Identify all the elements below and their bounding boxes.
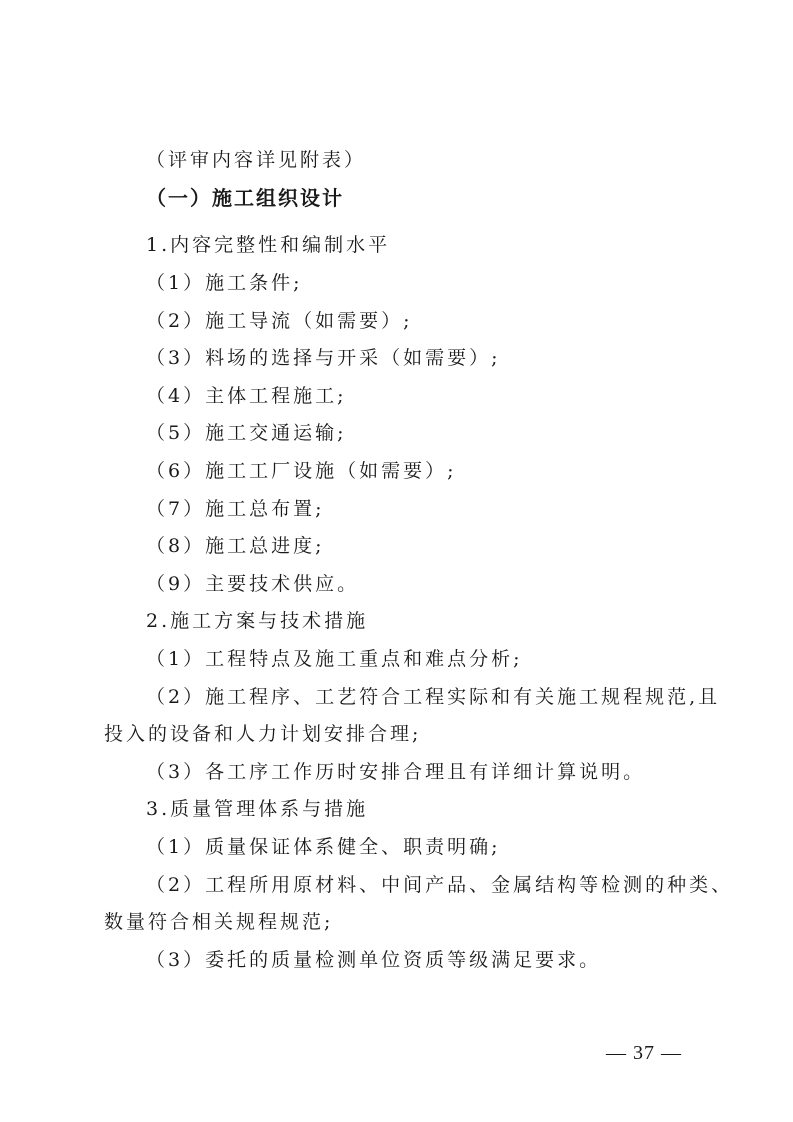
section-heading: （一）施工组织设计 bbox=[146, 186, 344, 210]
list-item: （6）施工工厂设施（如需要）; bbox=[146, 459, 457, 483]
list-item: （4）主体工程施工; bbox=[146, 384, 347, 408]
subheading: 2.施工方案与技术措施 bbox=[146, 609, 368, 633]
list-item: （2）施工程序、工艺符合工程实际和有关施工规程规范,且 bbox=[146, 685, 720, 709]
list-item: （5）施工交通运输; bbox=[146, 421, 347, 445]
list-item: （3）各工序工作历时安排合理且有详细计算说明。 bbox=[146, 760, 645, 784]
subheading: 1.内容完整性和编制水平 bbox=[146, 233, 390, 257]
list-item: （1）工程特点及施工重点和难点分析; bbox=[146, 647, 523, 671]
list-item-continuation: 数量符合相关规程规范; bbox=[104, 910, 333, 934]
page-number: — 37 — bbox=[606, 1042, 682, 1065]
list-item: （2）工程所用原材料、中间产品、金属结构等检测的种类、 bbox=[146, 873, 733, 897]
subheading: 3.质量管理体系与措施 bbox=[146, 797, 368, 821]
list-item: （3）料场的选择与开采（如需要）; bbox=[146, 346, 501, 370]
list-item: （1）质量保证体系健全、职责明确; bbox=[146, 835, 501, 859]
list-item: （9）主要技术供应。 bbox=[146, 572, 359, 596]
list-item: （7）施工总布置; bbox=[146, 497, 325, 521]
list-item: （2）施工导流（如需要）; bbox=[146, 309, 413, 333]
list-item-continuation: 投入的设备和人力计划安排合理; bbox=[104, 722, 421, 746]
list-item: （1）施工条件; bbox=[146, 271, 303, 295]
list-item: （3）委托的质量检测单位资质等级满足要求。 bbox=[146, 948, 601, 972]
note-text: （评审内容详见附表） bbox=[146, 148, 366, 172]
list-item: （8）施工总进度; bbox=[146, 534, 325, 558]
